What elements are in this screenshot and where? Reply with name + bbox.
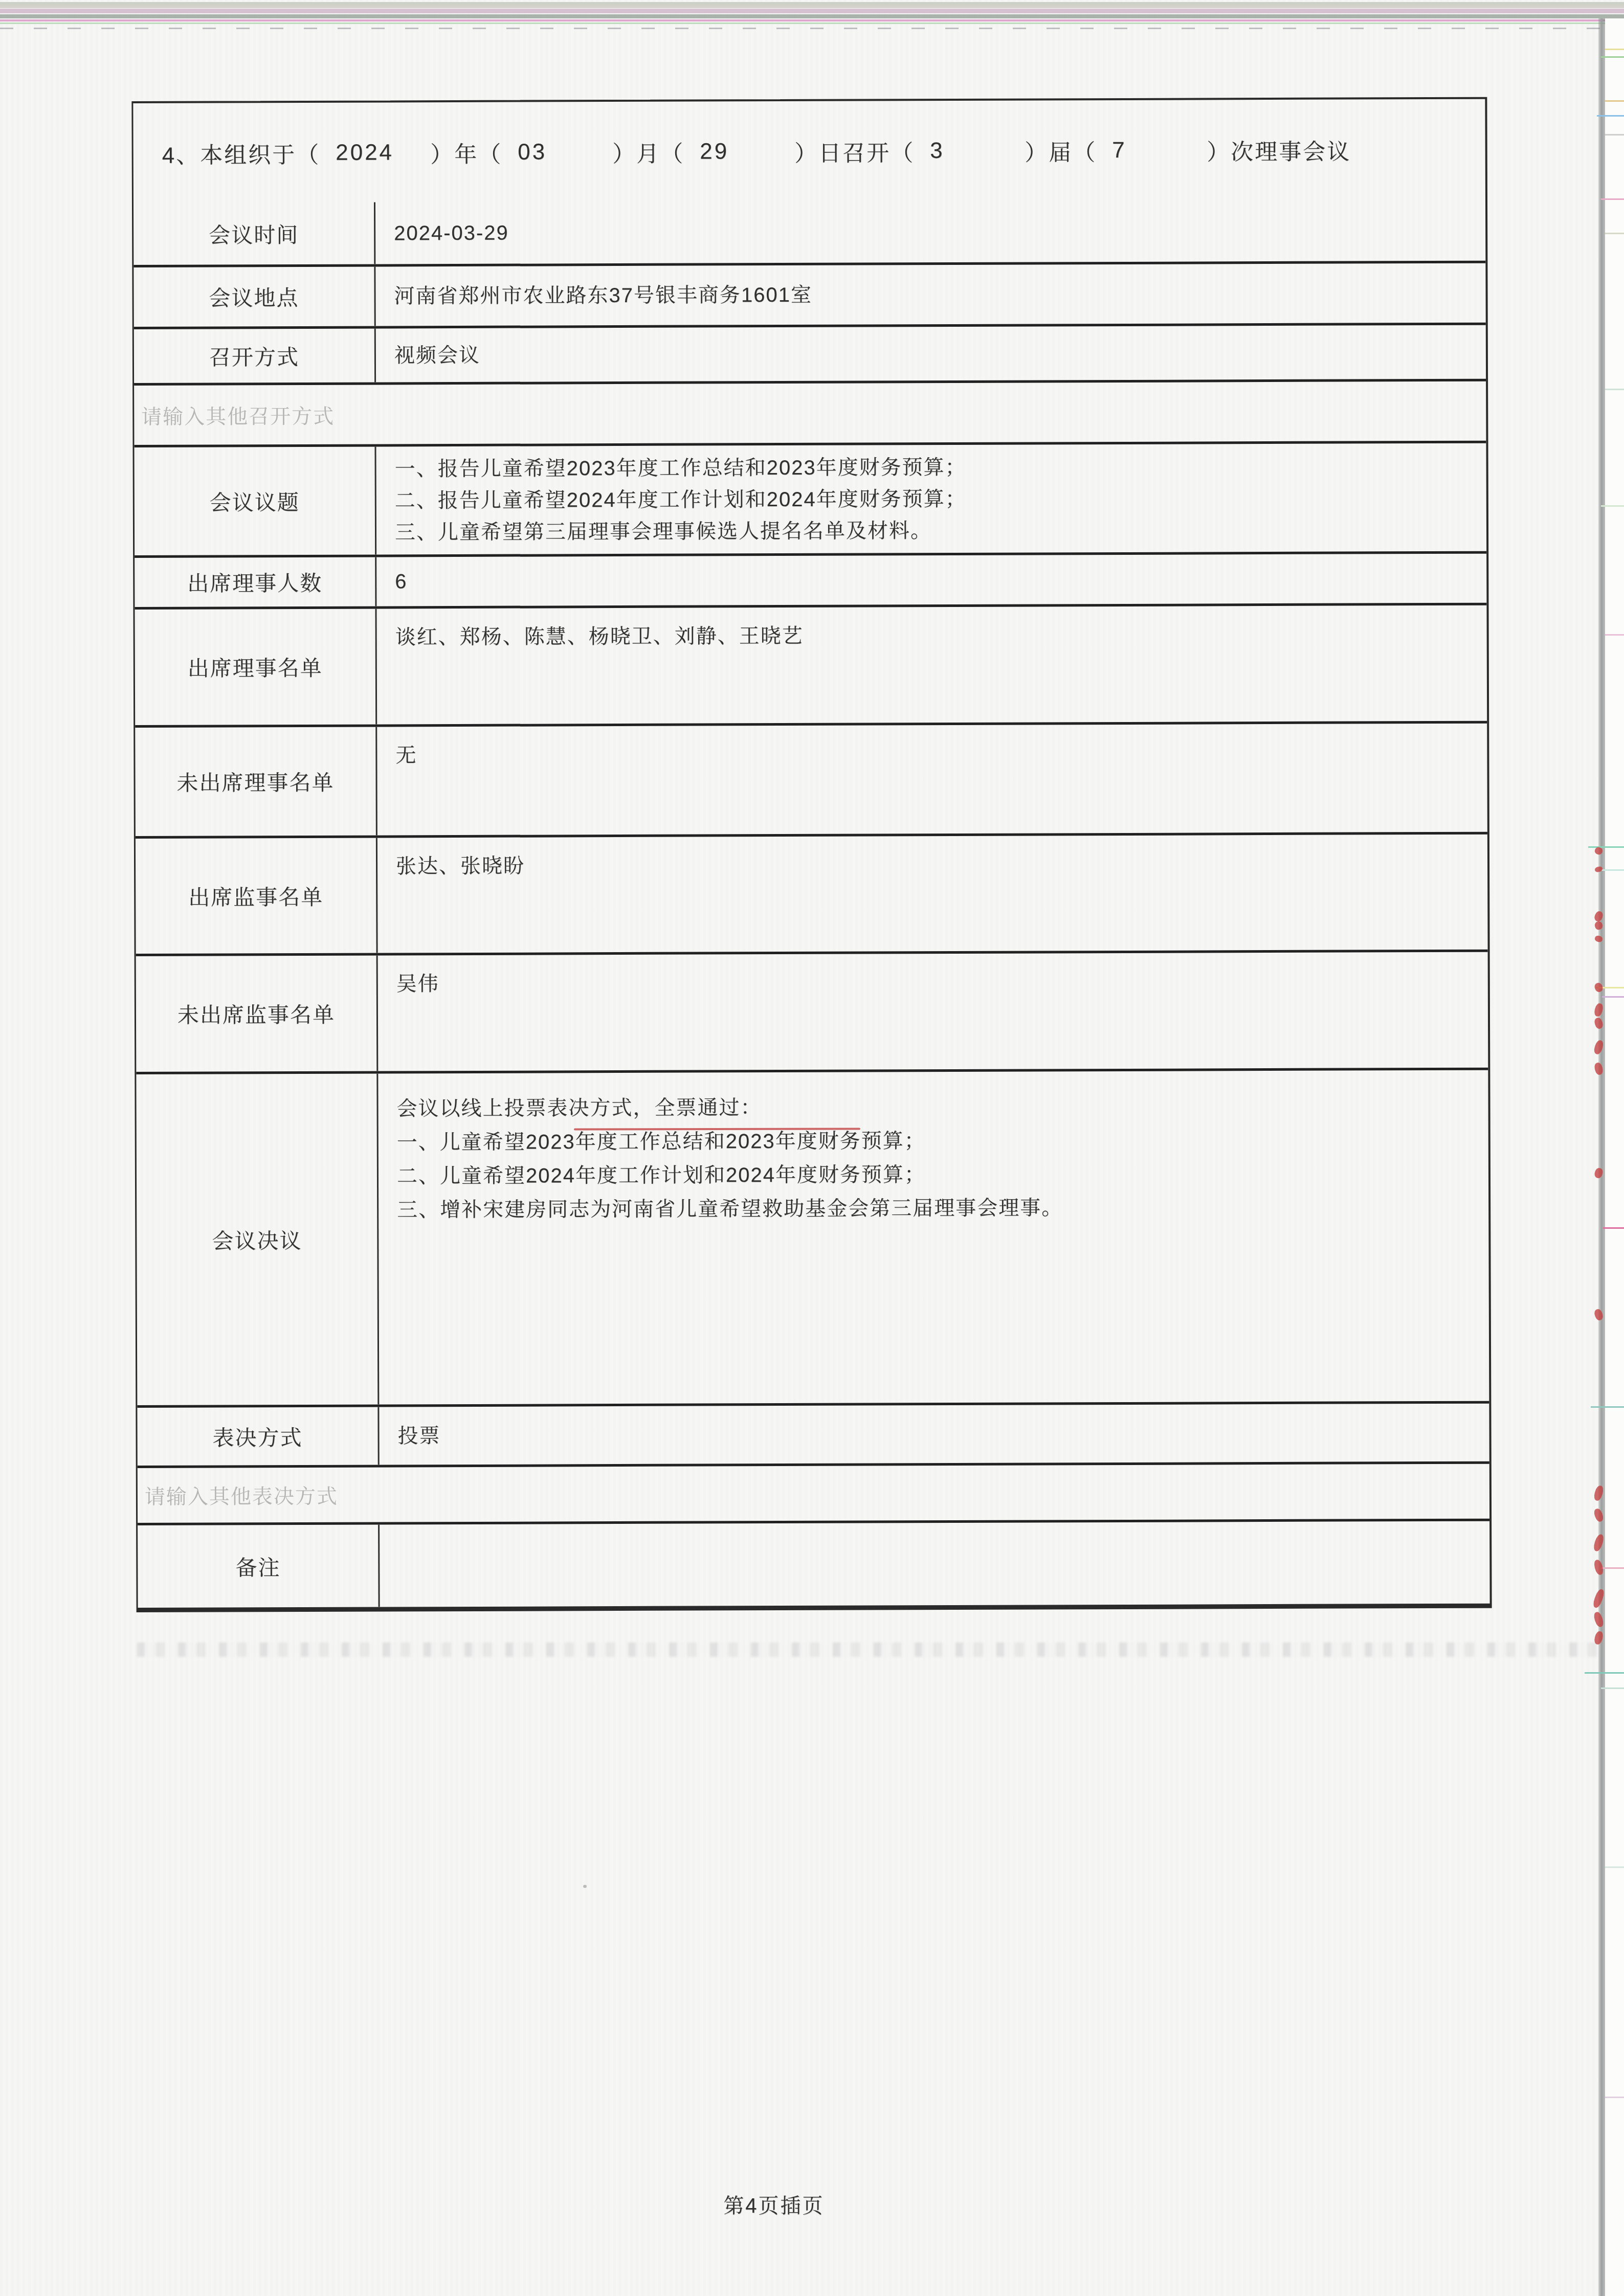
blank-day: 29	[684, 138, 794, 164]
value-line: 2024-03-29	[394, 216, 1470, 246]
row-label: 召开方式	[134, 329, 376, 383]
row-label: 出席理事名单	[135, 609, 377, 725]
row-value: 河南省郑州市农业路东37号银丰商务1601室	[375, 263, 1485, 326]
value-line: 谈红、郑杨、陈慧、杨晓卫、刘静、王晓艺	[395, 621, 1472, 651]
value-line: 二、儿童希望2024年度工作计划和2024年度财务预算；	[397, 1156, 1473, 1194]
scanner-edge-line	[1601, 1567, 1624, 1569]
paren-close: ）	[430, 136, 454, 169]
row-value: 吴伟	[378, 952, 1488, 1071]
row-label: 会议议题	[134, 447, 376, 555]
blank-year: 2024	[320, 140, 430, 166]
value-line: 6	[395, 565, 1471, 595]
value-line: 会议以线上投票表决方式，全票通过：	[396, 1089, 1473, 1126]
meeting-info-table: 4、本组织于 （2024）年 （03）月 （29）日召开 （3）届 （7）次理事…	[131, 97, 1492, 1612]
scan-stripe	[0, 22, 1624, 24]
blank-month: 03	[502, 139, 612, 165]
scan-stripe	[0, 28, 1624, 29]
row-label: 备注	[138, 1524, 380, 1607]
label-session: 届	[1049, 134, 1073, 167]
label-times: 次理事会议	[1231, 133, 1351, 166]
paren-open: （	[1073, 134, 1097, 167]
scan-stripe	[0, 14, 1624, 18]
row-value: 6	[376, 554, 1486, 606]
row-label: 出席理事人数	[135, 557, 376, 607]
value-line: 二、报告儿童希望2024年度工作计划和2024年度财务预算；	[395, 481, 1471, 516]
blank-times: 7	[1097, 137, 1207, 163]
scanner-edge-line	[1601, 869, 1624, 871]
scanner-edge-line	[1605, 49, 1624, 50]
paren-close: ）	[794, 134, 818, 167]
value-line: 三、儿童希望第三届理事会理事候选人提名名单及材料。	[395, 513, 1471, 548]
row-label: 会议决议	[136, 1074, 379, 1405]
scan-stripe	[0, 2, 1624, 8]
blank-session: 3	[915, 138, 1025, 164]
paper-edge-shadow	[1598, 18, 1605, 2296]
table-row: 会议决议会议以线上投票表决方式，全票通过：一、儿童希望2023年度工作总结和20…	[136, 1068, 1489, 1405]
placeholder-text: 请输入其他召开方式	[141, 400, 335, 430]
table-row: 出席理事人数6	[135, 551, 1486, 607]
row-value: 投票	[379, 1404, 1489, 1465]
value-line: 吴伟	[396, 967, 1473, 998]
scanner-edge-line	[1605, 134, 1624, 136]
row-value: 张达、张晓盼	[377, 835, 1488, 953]
value-line: 河南省郑州市农业路东37号银丰商务1601室	[394, 280, 1470, 310]
paren-close: ）	[1207, 133, 1231, 166]
paren-open: （	[296, 136, 320, 169]
scanner-edge-line	[1605, 100, 1624, 102]
placeholder-text: 请输入其他表决方式	[145, 1480, 338, 1510]
scanner-edge-line	[1585, 1672, 1624, 1674]
table-row: 召开方式视频会议	[134, 323, 1486, 383]
question-intro: 4、本组织于	[162, 136, 297, 169]
table-row: 出席理事名单谈红、郑杨、陈慧、杨晓卫、刘静、王晓艺	[135, 603, 1487, 725]
scanner-edge-line	[1601, 198, 1624, 200]
row-label: 出席监事名单	[136, 838, 378, 954]
row-value: 2024-03-29	[375, 199, 1485, 264]
footer-page-label: 第4页插页	[723, 2190, 824, 2219]
table-row: 会议时间2024-03-29	[134, 199, 1485, 265]
row-value: 视频会议	[376, 325, 1486, 382]
row-value: 一、报告儿童希望2023年度工作总结和2023年度财务预算；二、报告儿童希望20…	[376, 443, 1486, 555]
scan-stripe	[0, 9, 1624, 13]
value-line: 投票	[397, 1419, 1474, 1449]
scanner-edge-line	[1601, 505, 1624, 507]
page-showthrough-band	[137, 1642, 1599, 1657]
table-row: 会议议题一、报告儿童希望2023年度工作总结和2023年度财务预算；二、报告儿童…	[134, 441, 1486, 555]
label-day-convene: 日召开	[818, 134, 891, 167]
table-row: 未出席理事名单无	[135, 721, 1487, 836]
table-row: 表决方式投票	[137, 1401, 1489, 1466]
paren-open: （	[660, 135, 684, 168]
scanner-edge-line	[1603, 1227, 1624, 1229]
label-month: 月	[636, 135, 660, 168]
scanner-edge-line	[1591, 1406, 1624, 1408]
scanner-top-stripes	[0, 0, 1624, 33]
paren-open: （	[891, 134, 915, 167]
value-line: 一、儿童希望2023年度工作总结和2023年度财务预算；	[397, 1122, 1473, 1160]
row-label: 未出席监事名单	[136, 956, 379, 1072]
scanner-edge-line	[1605, 233, 1624, 234]
row-label: 会议地点	[134, 267, 375, 327]
paren-open: （	[478, 136, 502, 168]
scanner-background	[1605, 18, 1624, 2296]
scanner-edge-line	[1601, 1687, 1624, 1689]
paren-close: ）	[1025, 134, 1049, 167]
scan-stripe	[0, 19, 1624, 21]
scanned-document-page: 4、本组织于 （2024）年 （03）月 （29）日召开 （3）届 （7）次理事…	[0, 0, 1624, 2296]
value-line: 一、报告儿童希望2023年度工作总结和2023年度财务预算；	[395, 449, 1471, 485]
row-value: 无	[377, 724, 1487, 836]
value-line: 视频会议	[394, 339, 1471, 369]
value-line: 三、增补宋建房同志为河南省儿童希望救助基金会第三届理事会理事。	[397, 1190, 1473, 1227]
row-value: 会议以线上投票表决方式，全票通过：一、儿童希望2023年度工作总结和2023年度…	[378, 1070, 1489, 1405]
scanner-edge-line	[1601, 56, 1624, 58]
row-value: 谈红、郑杨、陈慧、杨晓卫、刘静、王晓艺	[376, 605, 1487, 725]
scanner-edge-line	[1605, 634, 1624, 636]
scanner-edge-line	[1588, 846, 1624, 848]
row-label: 未出席理事名单	[135, 727, 377, 836]
value-line: 无	[395, 739, 1472, 769]
table-header-row: 4、本组织于 （2024）年 （03）月 （29）日召开 （3）届 （7）次理事…	[133, 99, 1485, 203]
value-line: 张达、张晓盼	[396, 850, 1472, 880]
placeholder-row: 请输入其他表决方式	[138, 1461, 1489, 1523]
label-year: 年	[454, 136, 478, 168]
scanner-edge-line	[1602, 996, 1624, 998]
paren-close: ）	[612, 135, 636, 168]
row-label: 会议时间	[134, 202, 375, 265]
scanner-edge-line	[1597, 115, 1624, 117]
placeholder-row: 请输入其他召开方式	[134, 379, 1486, 445]
scanner-edge-line	[1605, 2097, 1624, 2098]
scanner-edge-line	[1605, 1866, 1624, 1868]
table-row: 出席监事名单张达、张晓盼	[136, 832, 1488, 954]
table-row: 未出席监事名单吴伟	[136, 950, 1488, 1072]
row-label: 表决方式	[137, 1407, 379, 1465]
table-row: 备注	[138, 1519, 1490, 1608]
scan-speck	[583, 1885, 587, 1888]
row-value	[380, 1521, 1489, 1607]
table-row: 会议地点河南省郑州市农业路东37号银丰商务1601室	[134, 261, 1485, 327]
scanner-edge-line	[1605, 389, 1624, 390]
